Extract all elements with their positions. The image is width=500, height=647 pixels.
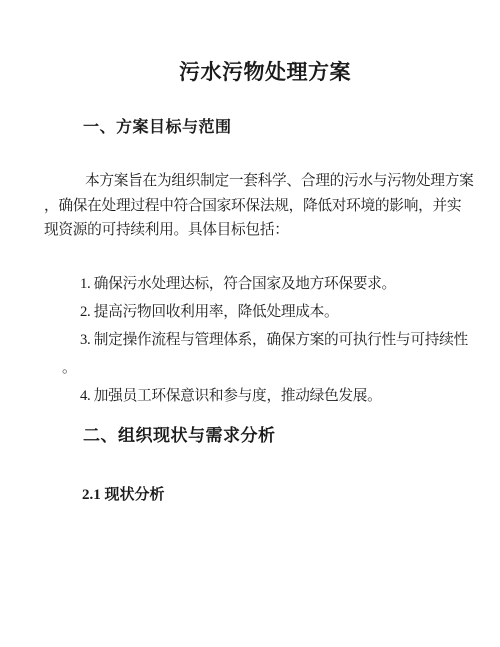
goal-item-1: 1. 确保污水处理达标，符合国家及地方环保要求。 <box>62 270 462 298</box>
goal-item-3: 3. 制定操作流程与管理体系，确保方案的可执行性与可持续性 <box>62 326 462 354</box>
paragraph-line-3: 现资源的可持续利用。具体目标包括： <box>44 218 454 243</box>
paragraph-line-1: 本方案旨在为组织制定一套科学、合理的污水与污物处理方案 <box>44 169 454 194</box>
goals-list: 1. 确保污水处理达标，符合国家及地方环保要求。 2. 提高污物回收利用率，降低… <box>62 270 462 410</box>
section-1-heading: 一、方案目标与范围 <box>83 119 232 136</box>
goal-item-2: 2. 提高污物回收利用率，降低处理成本。 <box>62 298 462 326</box>
section-2-heading: 二、组织现状与需求分析 <box>83 427 276 445</box>
goal-item-3-continuation: 。 <box>62 354 462 382</box>
section-2-1-subheading: 2.1 现状分析 <box>82 487 165 503</box>
document-page: 污水污物处理方案 一、方案目标与范围 本方案旨在为组织制定一套科学、合理的污水与… <box>0 0 500 647</box>
goal-item-4: 4. 加强员工环保意识和参与度，推动绿色发展。 <box>62 382 462 410</box>
paragraph-line-2: ，确保在处理过程中符合国家环保法规，降低对环境的影响，并实 <box>44 194 454 219</box>
document-title: 污水污物处理方案 <box>30 62 500 83</box>
section-1-intro-paragraph: 本方案旨在为组织制定一套科学、合理的污水与污物处理方案 ，确保在处理过程中符合国… <box>44 169 454 243</box>
